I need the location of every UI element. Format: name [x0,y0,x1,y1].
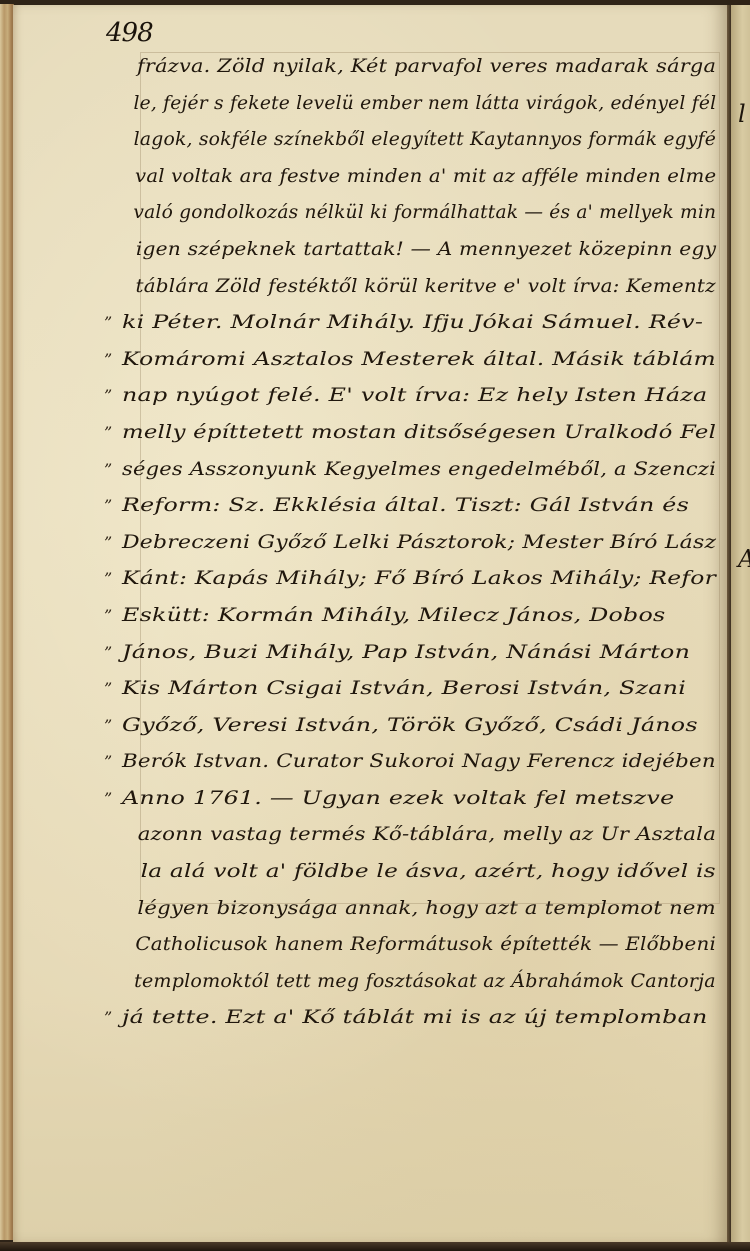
manuscript-line: ”Berók Istvan. Curator Sukoroi Nagy Fere… [104,743,724,780]
quotation-mark: ” [104,488,122,524]
manuscript-line: ”Anno 1761. — Ugyan ezek voltak fel mets… [104,780,724,817]
manuscript-line: frázva. Zöld nyilak, Két parvafol veres … [104,48,724,85]
line-text: Kánt: Kapás Mihály; Fő Bíró Lakos Mihály… [122,560,716,596]
quotation-mark: ” [104,744,122,780]
line-text: Komáromi Asztalos Mesterek által. Másik … [122,341,716,377]
quotation-mark: ” [104,598,122,634]
line-text: melly építtetett mostan ditsőségesen Ura… [122,414,716,450]
quotation-mark: ” [104,1000,122,1036]
page-stack-edge [0,4,14,1240]
line-text: lagok, sokféle színekből elegyített Kayt… [104,121,716,157]
manuscript-line: ”já tette. Ezt a' Kő táblát mi is az új … [104,999,724,1036]
manuscript-line: ”séges Asszonyunk Kegyelmes engedelméből… [104,451,724,488]
line-text: Eskütt: Kormán Mihály, Milecz János, Dob… [122,597,665,633]
line-text: ki Péter. Molnár Mihály. Ifju Jókai Sámu… [122,304,703,340]
manuscript-line: igen szépeknek tartattak! — A mennyezet … [104,231,724,268]
facing-page-mark: l [738,100,746,128]
line-text: táblára Zöld festéktől körül keritve e' … [104,268,716,304]
line-text: la alá volt a' földbe le ásva, azért, ho… [104,853,716,889]
line-text: frázva. Zöld nyilak, Két parvafol veres … [104,48,716,84]
book-bottom-edge [0,1242,750,1251]
manuscript-line: ”Győző, Veresi István, Török Győző, Csád… [104,707,724,744]
quotation-mark: ” [104,342,122,378]
line-text: nap nyúgot felé. E' volt írva: Ez hely I… [122,377,707,413]
manuscript-line: ”Komáromi Asztalos Mesterek által. Másik… [104,341,724,378]
manuscript-line: val voltak ara festve minden a' mit az a… [104,158,724,195]
manuscript-line: ”ki Péter. Molnár Mihály. Ifju Jókai Sám… [104,304,724,341]
manuscript-line: légyen bizonysága annak, hogy azt a temp… [104,890,724,927]
manuscript-line: ”János, Buzi Mihály, Pap István, Nánási … [104,634,724,671]
page-number: 498 [106,18,153,48]
book-spread: l A 498 frázva. Zöld nyilak, Két parvafo… [0,0,750,1251]
line-text: azonn vastag termés Kő-táblára, melly az… [104,816,716,852]
quotation-mark: ” [104,708,122,744]
manuscript-line: ”nap nyúgot felé. E' volt írva: Ez hely … [104,377,724,414]
line-text: Debreczeni Győző Lelki Pásztorok; Mester… [122,524,716,560]
line-text: templomoktól tett meg fosztásokat az Ábr… [104,963,716,999]
quotation-mark: ” [104,452,122,488]
line-text: séges Asszonyunk Kegyelmes engedelméből,… [122,451,716,487]
line-text: Berók Istvan. Curator Sukoroi Nagy Feren… [122,743,716,779]
line-text: já tette. Ezt a' Kő táblát mi is az új t… [122,999,708,1035]
line-text: Győző, Veresi István, Török Győző, Csádi… [122,707,698,743]
quotation-mark: ” [104,671,122,707]
manuscript-line: le, fejér s fekete levelü ember nem látt… [104,85,724,122]
manuscript-line: való gondolkozás nélkül ki formálhattak … [104,194,724,231]
manuscript-line: ”Kis Márton Csigai István, Berosi István… [104,670,724,707]
manuscript-line: ”Debreczeni Győző Lelki Pásztorok; Meste… [104,524,724,561]
facing-page-mark: A [738,545,750,573]
manuscript-line: ”Reform: Sz. Ekklésia által. Tiszt: Gál … [104,487,724,524]
manuscript-line: Catholicusok hanem Reformátusok építetté… [104,926,724,963]
manuscript-line: táblára Zöld festéktől körül keritve e' … [104,268,724,305]
quotation-mark: ” [104,415,122,451]
manuscript-line: la alá volt a' földbe le ásva, azért, ho… [104,853,724,890]
manuscript-line: templomoktól tett meg fosztásokat az Ábr… [104,963,724,1000]
line-text: Catholicusok hanem Reformátusok építetté… [104,926,716,962]
line-text: Anno 1761. — Ugyan ezek voltak fel metsz… [122,780,674,816]
quotation-mark: ” [104,635,122,671]
line-text: János, Buzi Mihály, Pap István, Nánási M… [122,634,690,670]
facing-page-edge [731,5,750,1242]
quotation-mark: ” [104,378,122,414]
line-text: való gondolkozás nélkül ki formálhattak … [104,194,716,230]
line-text: Kis Márton Csigai István, Berosi István,… [122,670,686,706]
manuscript-line: lagok, sokféle színekből elegyített Kayt… [104,121,724,158]
line-text: val voltak ara festve minden a' mit az a… [104,158,716,194]
manuscript-line: ”melly építtetett mostan ditsőségesen Ur… [104,414,724,451]
quotation-mark: ” [104,525,122,561]
line-text: Reform: Sz. Ekklésia által. Tiszt: Gál I… [122,487,689,523]
line-text: le, fejér s fekete levelü ember nem látt… [104,85,716,121]
handwritten-text-block: frázva. Zöld nyilak, Két parvafol veres … [104,48,724,1036]
quotation-mark: ” [104,561,122,597]
quotation-mark: ” [104,781,122,817]
quotation-mark: ” [104,305,122,341]
line-text: igen szépeknek tartattak! — A mennyezet … [104,231,716,267]
line-text: légyen bizonysága annak, hogy azt a temp… [104,890,716,926]
manuscript-line: azonn vastag termés Kő-táblára, melly az… [104,816,724,853]
manuscript-line: ”Kánt: Kapás Mihály; Fő Bíró Lakos Mihál… [104,560,724,597]
manuscript-line: ”Eskütt: Kormán Mihály, Milecz János, Do… [104,597,724,634]
